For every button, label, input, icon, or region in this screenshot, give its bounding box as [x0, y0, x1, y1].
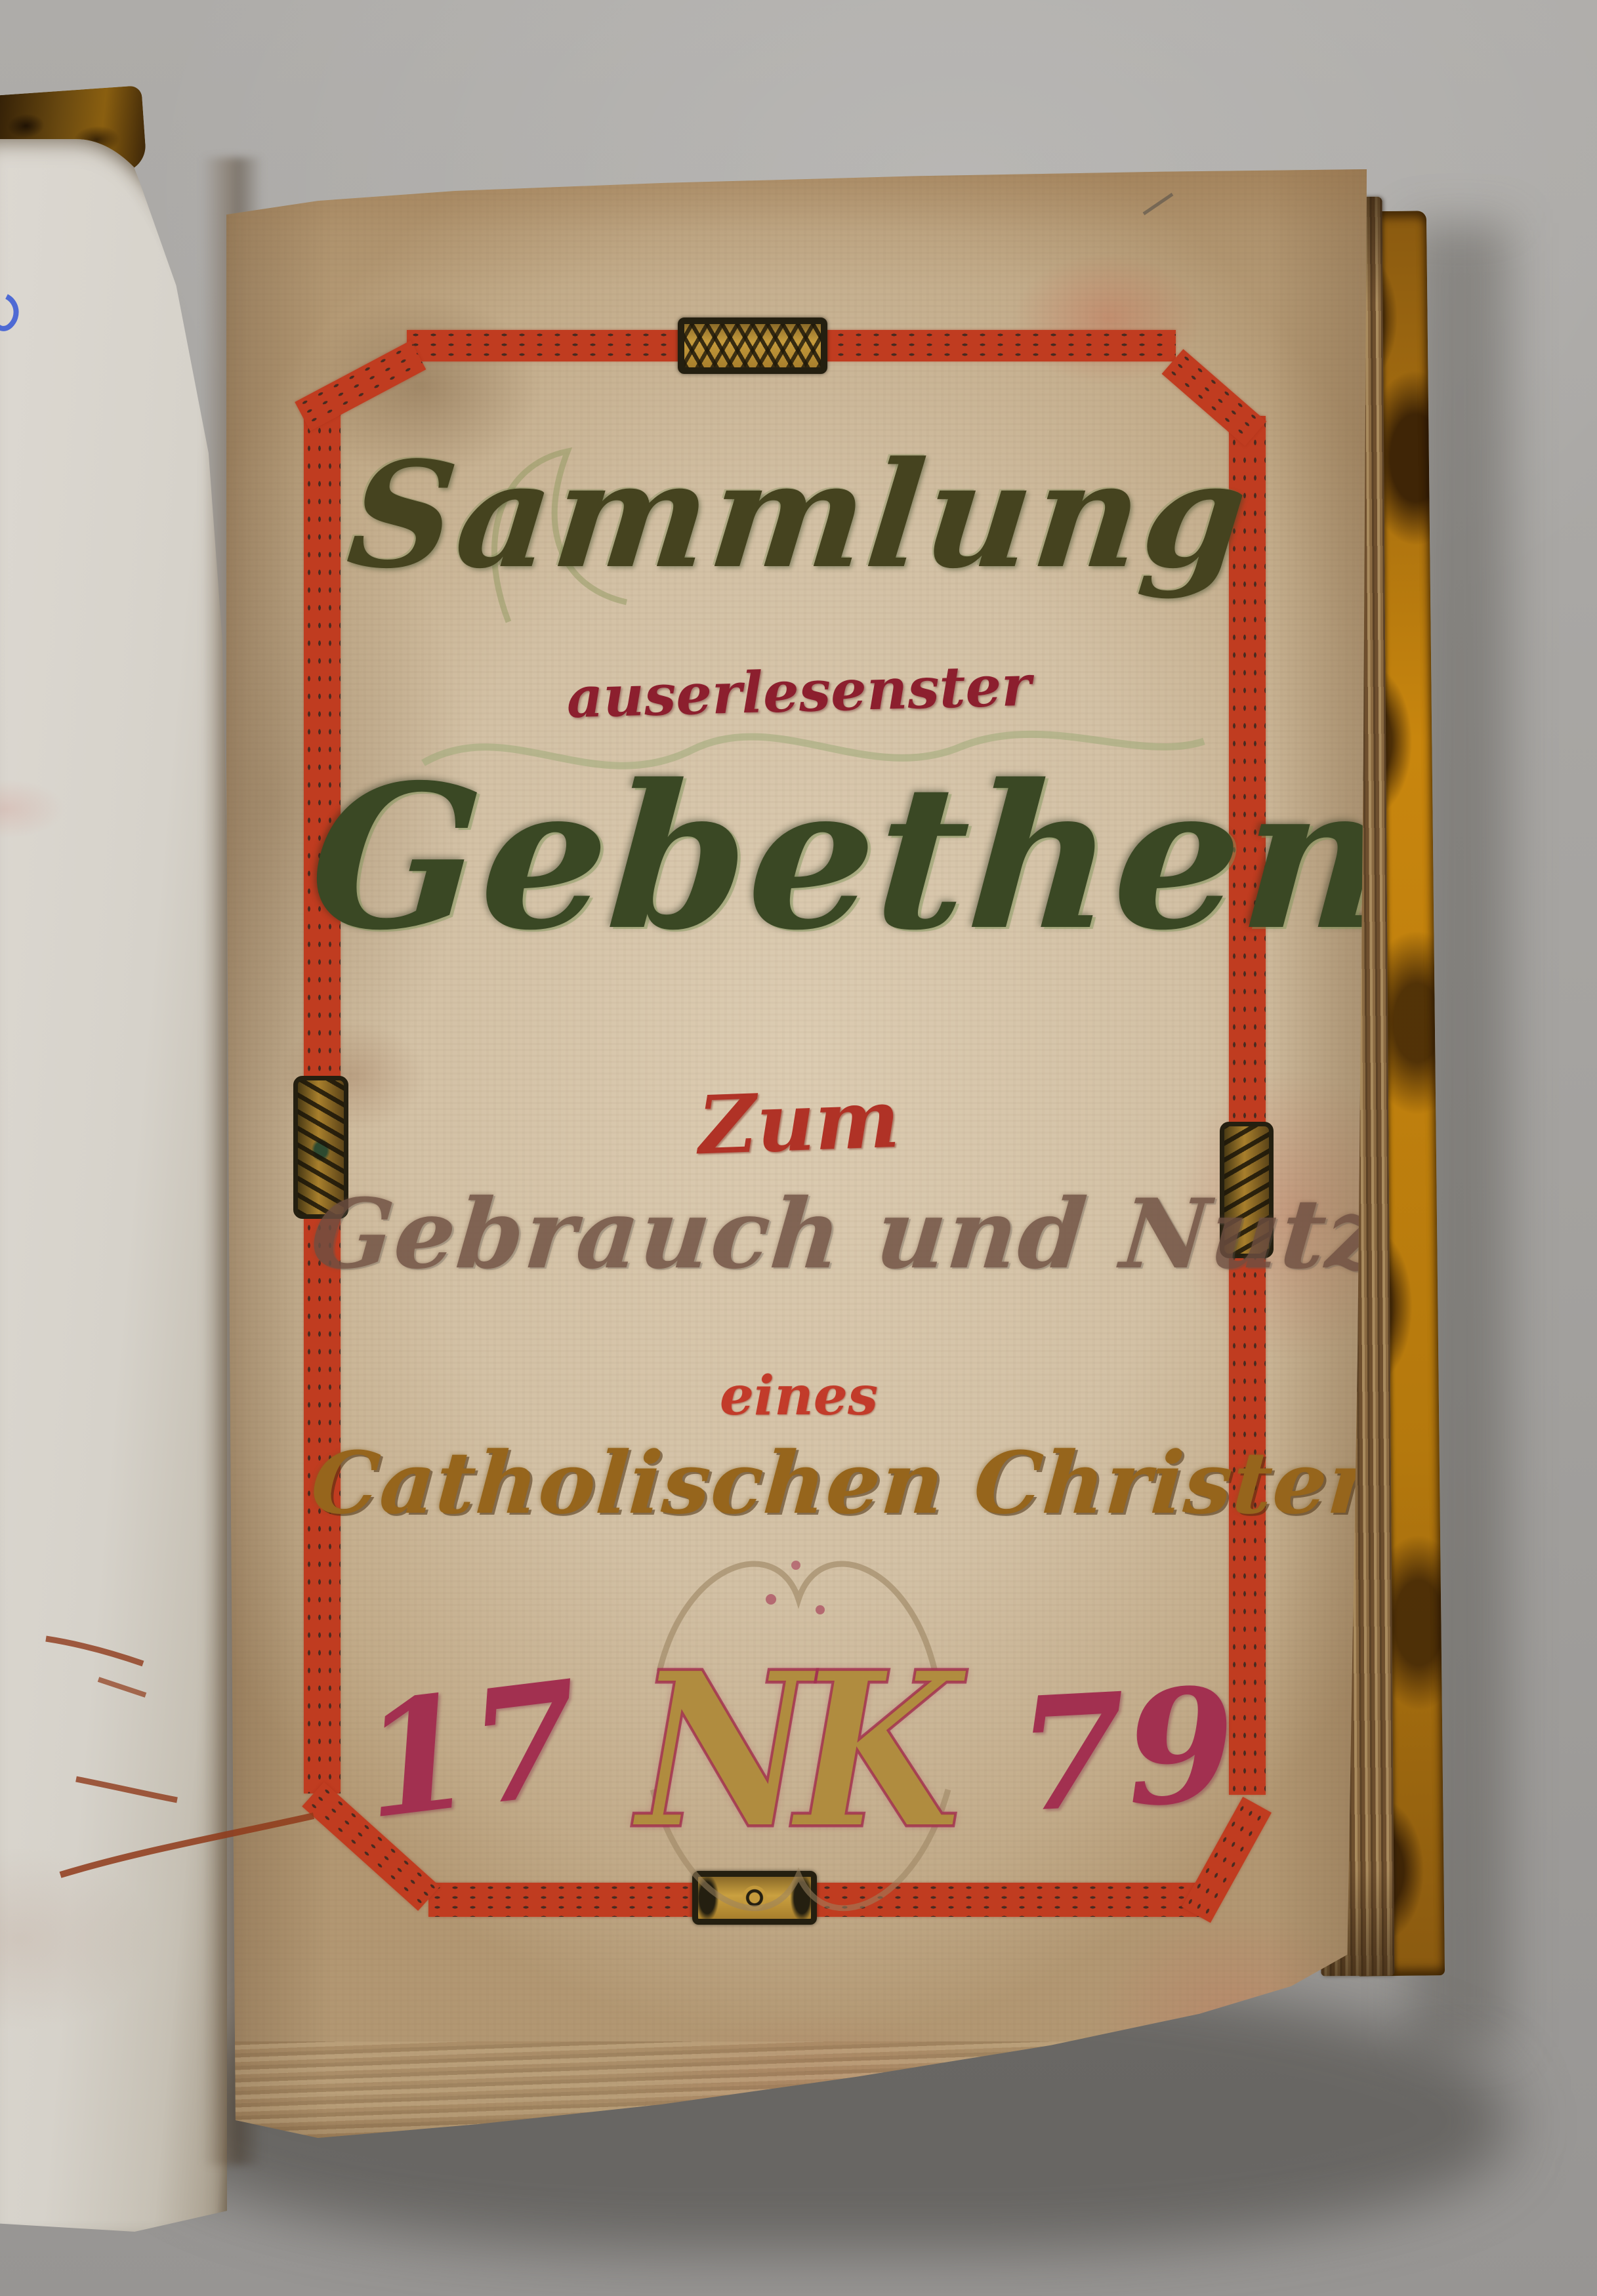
nk-monogram: NK: [636, 1624, 961, 1876]
title-line-sammlung: Sammlung: [302, 430, 1295, 601]
title-line-gebethen: Gebethen: [304, 741, 1295, 974]
frame-clasp-top: [678, 318, 827, 374]
photo-stage: Sammlung auserlesenster Gebethen Zum Geb…: [0, 0, 1597, 2296]
title-line-eines: eines: [312, 1364, 1286, 1427]
year-79: 79: [1013, 1653, 1239, 1847]
title-line-catholischen-christens: Catholischen Christens: [308, 1433, 1290, 1533]
year-17: 17: [352, 1646, 591, 1854]
title-line-gebrauch-und-nutzen: Gebrauch und Nutzen: [307, 1178, 1291, 1290]
left-verso-page: [0, 139, 227, 2232]
title-page: Sammlung auserlesenster Gebethen Zum Geb…: [226, 169, 1371, 2140]
year-monogram-row: 17 NK 79: [312, 1586, 1286, 1914]
